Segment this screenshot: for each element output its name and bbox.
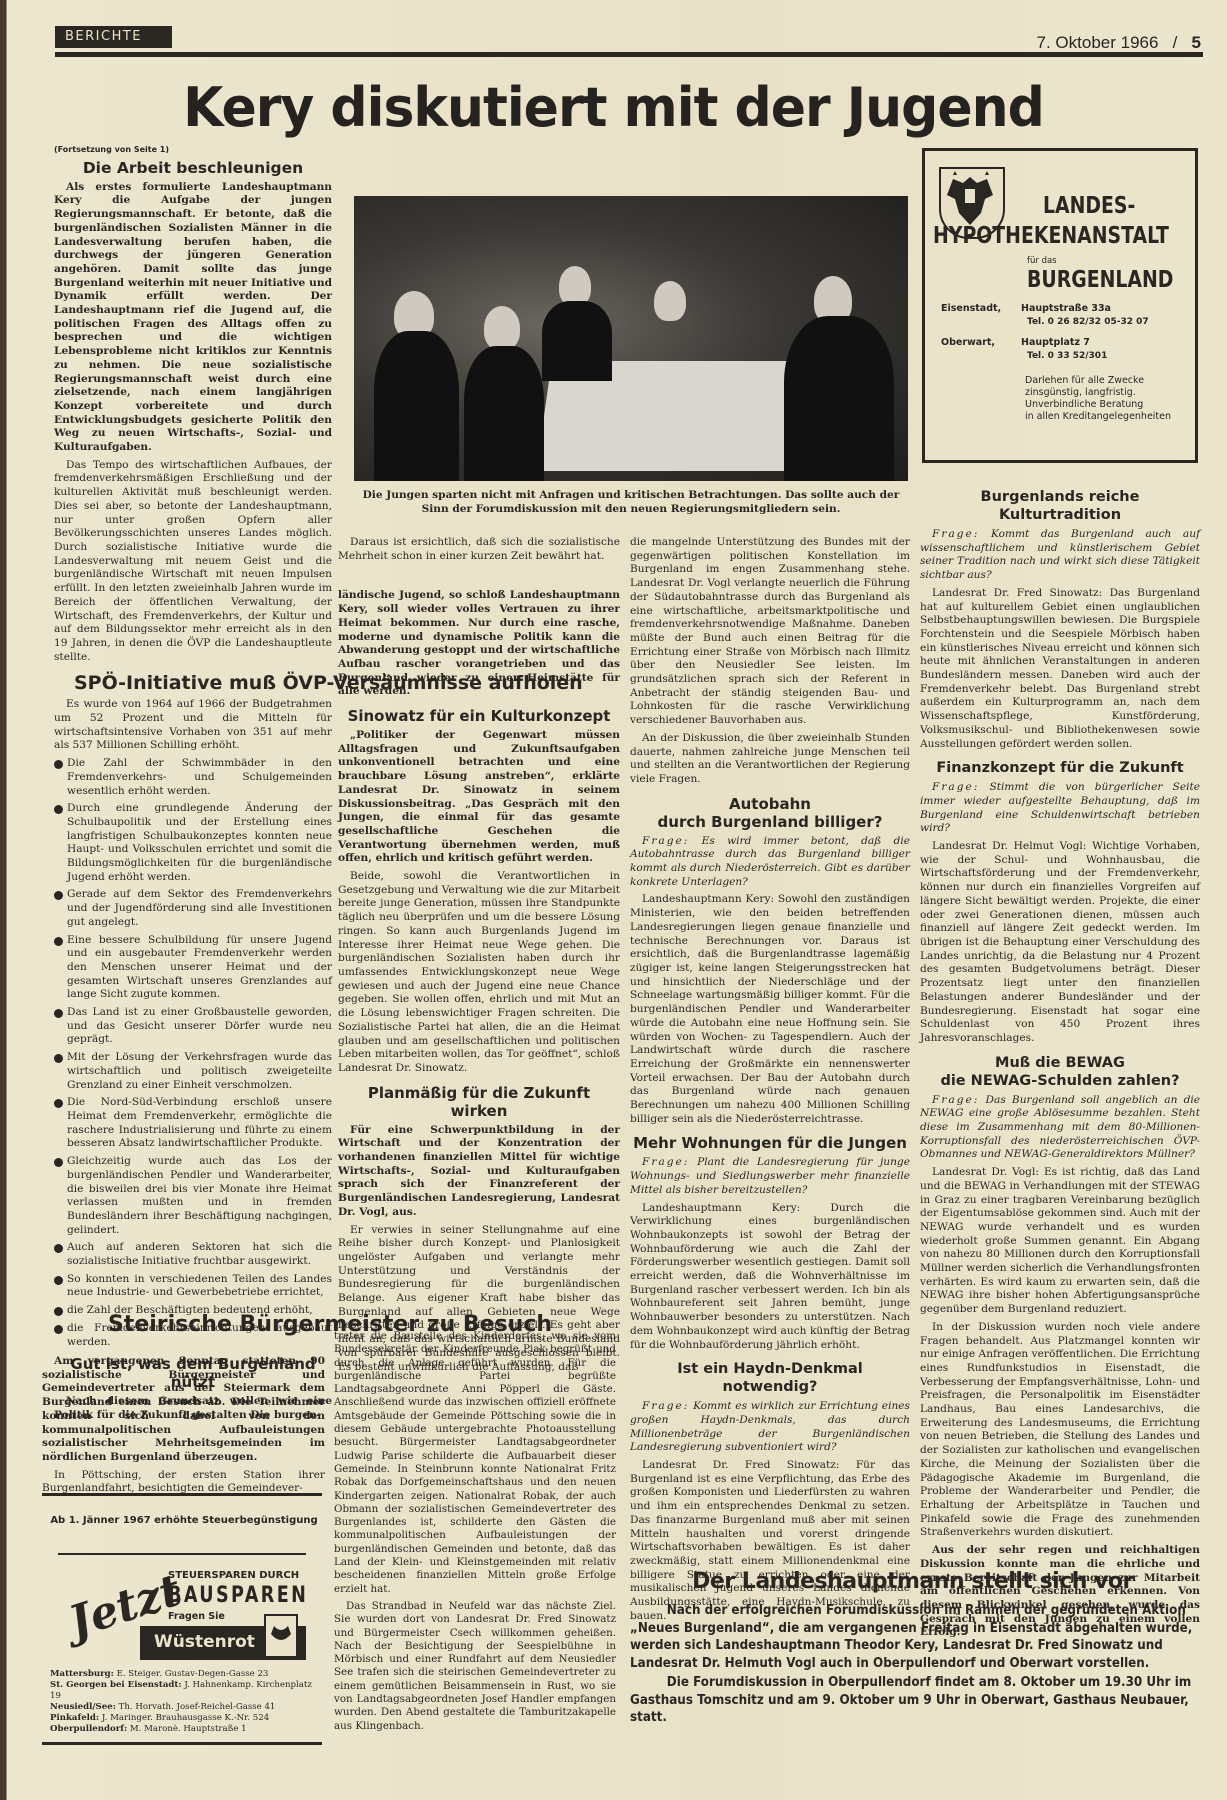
bullet-item: So konnten in verschiedenen Teilen des L… bbox=[54, 1273, 332, 1300]
agent-list: Mattersburg: E. Steiger. Gustav-Degen-Ga… bbox=[50, 1669, 325, 1735]
bullet-item: Durch eine grundlegende Änderung der Sch… bbox=[54, 802, 332, 884]
agent-detail: J. Maringer. Brauhausgasse K.-Nr. 524 bbox=[102, 1713, 269, 1723]
office-eisenstadt: Eisenstadt, bbox=[941, 303, 1001, 314]
header-rule bbox=[55, 52, 1203, 57]
subheading-autobahn-2: durch Burgenland billiger? bbox=[630, 813, 910, 831]
column-3: die mangelnde Unterstützung des Bundes m… bbox=[630, 536, 910, 1628]
column-2: Daraus ist ersichtlich, daß sich die soz… bbox=[338, 536, 620, 1378]
ad-fuer-das: für das bbox=[1027, 255, 1057, 267]
subheading-wohnungen: Mehr Wohnungen für die Jungen bbox=[630, 1134, 910, 1152]
section-label: BERICHTE bbox=[55, 26, 172, 48]
agent-row: Mattersburg: E. Steiger. Gustav-Degen-Ga… bbox=[50, 1669, 325, 1680]
bullet-item: Gerade auf dem Sektor des Fremdenverkehr… bbox=[54, 888, 332, 929]
phone-eisenstadt: Tel. 0 26 82/32 05-32 07 bbox=[1027, 317, 1149, 327]
ad-rule bbox=[42, 1493, 322, 1496]
photo-figure bbox=[374, 331, 459, 481]
ad-title-hypothekenanstalt: HYPOTHEKENANSTALT bbox=[933, 223, 1169, 249]
steirische-column-1: Am vergangenen Sonntag statteten 90 sozi… bbox=[42, 1355, 325, 1500]
agent-place: Neusiedl/See: bbox=[50, 1702, 116, 1712]
bullet-item: Auch auf anderen Sektoren hat sich die s… bbox=[54, 1241, 332, 1268]
subheading-finanzkonzept: Finanzkonzept für die Zukunft bbox=[920, 759, 1200, 777]
main-headline: Kery diskutiert mit der Jugend bbox=[0, 77, 1227, 140]
bullet-item: Das Land ist zu einer Großbaustelle gewo… bbox=[54, 1006, 332, 1047]
frage-label: Frage: bbox=[642, 1400, 689, 1412]
answer: Es ist richtig, daß das Land und die BEW… bbox=[920, 1166, 1200, 1315]
agent-detail: Th. Horvath. Josef-Reichel-Gasse 41 bbox=[119, 1702, 276, 1712]
steirische-column-2: treter die Baustelle des Kinderdorfes, w… bbox=[334, 1330, 616, 1737]
ad-rule bbox=[42, 1742, 322, 1745]
agent-detail: E. Steiger. Gustav-Degen-Gasse 23 bbox=[117, 1669, 269, 1679]
steuer-headline: Ab 1. Jänner 1967 erhöhte Steuerbegünsti… bbox=[44, 1515, 324, 1526]
dateline: 7. Oktober 1966 / 5 bbox=[1037, 33, 1201, 53]
column-4: Burgenlands reiche Kulturtradition Frage… bbox=[920, 484, 1200, 1644]
ad-note-line: in allen Kreditangelegenheiten bbox=[1025, 411, 1171, 423]
bullet-item: Die Zahl der Schwimmbäder in den Fremden… bbox=[54, 757, 332, 798]
paragraph: ländische Jugend, so schloß Landeshauptm… bbox=[338, 589, 620, 699]
ad-note-line: Unverbindliche Beratung bbox=[1025, 399, 1171, 411]
bullet-item: Gleichzeitig wurde auch das Los der burg… bbox=[54, 1155, 332, 1237]
frage-label: Frage: bbox=[932, 1094, 979, 1106]
subheading-haydn: Ist ein Haydn-Denkmal notwendig? bbox=[630, 1360, 910, 1396]
speaker: Landeshauptmann Kery: bbox=[642, 1202, 800, 1214]
subheading-planmaessig: Planmäßig für die Zukunft wirken bbox=[338, 1084, 620, 1120]
lead-paragraph: Als erstes formulierte Landeshauptmann K… bbox=[54, 181, 332, 455]
ad-note-line: zinsgünstig, langfristig. bbox=[1025, 387, 1171, 399]
photo-face bbox=[654, 281, 686, 321]
paragraph: treter die Baustelle des Kinderdorfes, w… bbox=[334, 1330, 616, 1596]
ad-line-bausparen: BAUSPAREN bbox=[168, 1583, 308, 1608]
paragraph: Am vergangenen Sonntag statteten 90 sozi… bbox=[42, 1355, 325, 1465]
photo-figure bbox=[542, 301, 612, 381]
paragraph: Es wurde von 1964 auf 1966 der Budgetrah… bbox=[54, 698, 332, 753]
date-separator: / bbox=[1173, 33, 1178, 52]
speaker: Landesrat Dr. Helmut Vogl: bbox=[932, 840, 1086, 852]
paragraph: Das Strandbad in Neufeld war das nächste… bbox=[334, 1600, 616, 1733]
issue-date: 7. Oktober 1966 bbox=[1037, 33, 1159, 52]
answer: Sowohl den zuständigen Ministerien, wie … bbox=[630, 893, 910, 1124]
speaker: Landesrat Dr. Fred Sinowatz: bbox=[932, 587, 1102, 599]
answer: Durch die Verwirklichung eines burgenlän… bbox=[630, 1202, 910, 1351]
photo-face bbox=[484, 306, 520, 350]
frage-label: Frage: bbox=[932, 528, 979, 540]
office-oberwart: Oberwart, bbox=[941, 337, 995, 348]
subheading-bewag-2: die NEWAG-Schulden zahlen? bbox=[920, 1072, 1200, 1090]
paragraph: Das Tempo des wirtschaftlichen Aufbaues,… bbox=[54, 459, 332, 665]
subheading-spoe-initiative: SPÖ-Initiative muß ÖVP-Versäumnisse aufh… bbox=[74, 674, 332, 692]
ad-title-burgenland: BURGENLAND bbox=[1027, 267, 1173, 293]
speaker: Landeshauptmann Kery: bbox=[642, 893, 774, 905]
photo-caption: Die Jungen sparten nicht mit Anfragen un… bbox=[348, 488, 914, 516]
agent-place: Pinkafeld: bbox=[50, 1713, 99, 1723]
speaker: Landesrat Dr. Fred Sinowatz: bbox=[642, 1459, 839, 1471]
agent-row: Oberpullendorf: M. Maronè. Hauptstraße 1 bbox=[50, 1724, 325, 1735]
agent-row: Neusiedl/See: Th. Horvath. Josef-Reichel… bbox=[50, 1702, 325, 1713]
ad-rule bbox=[58, 1553, 306, 1555]
subheading-kulturtradition: Burgenlands reiche Kulturtradition bbox=[920, 488, 1200, 524]
wuestenrot-ad: Jetzt STEUERSPAREN DURCH BAUSPAREN Frage… bbox=[40, 1573, 325, 1713]
answer: Das Burgenland hat auf kulturellem Gebie… bbox=[920, 587, 1200, 750]
photo-figure bbox=[784, 316, 894, 481]
heading-spacer bbox=[338, 567, 620, 589]
page-number: 5 bbox=[1192, 33, 1201, 52]
continuation-note: (Fortsetzung von Seite 1) bbox=[54, 143, 332, 157]
bullet-list: Die Zahl der Schwimmbäder in den Fremden… bbox=[54, 757, 332, 1349]
brand-name: Wüstenrot bbox=[154, 1632, 255, 1652]
frage-label: Frage: bbox=[932, 781, 979, 793]
subheading-sinowatz: Sinowatz für ein Kulturkonzept bbox=[338, 707, 620, 725]
wuestenrot-logo-icon bbox=[264, 1614, 298, 1658]
agent-detail: M. Maronè. Hauptstraße 1 bbox=[130, 1724, 247, 1734]
answer: Wichtige Vorhaben, wie der Schul- und Wo… bbox=[920, 840, 1200, 1044]
paragraph: Daraus ist ersichtlich, daß sich die soz… bbox=[338, 536, 620, 563]
subheading-arbeit: Die Arbeit beschleunigen bbox=[54, 159, 332, 177]
ad-title-landes: LANDES- bbox=[1043, 193, 1135, 219]
notice-paragraph: Nach der erfolgreichen Forumdiskussion i… bbox=[630, 1602, 1200, 1672]
agent-place: Mattersburg: bbox=[50, 1669, 114, 1679]
agent-row: St. Georgen bei Eisenstadt: J. Hahnenkam… bbox=[50, 1680, 325, 1702]
notice-headline: Der Landeshauptmann stellt sich vor bbox=[620, 1569, 1205, 1594]
paragraph: Beide, sowohl die Verantwortlichen in Ge… bbox=[338, 870, 620, 1076]
notice-paragraph: Die Forumdiskussion in Oberpullendorf fi… bbox=[630, 1674, 1200, 1727]
paragraph: An der Diskussion, die über zweieinhalb … bbox=[630, 732, 910, 787]
phone-oberwart: Tel. 0 33 52/301 bbox=[1027, 351, 1107, 361]
bullet-item: Eine bessere Schulbildung für unsere Jug… bbox=[54, 934, 332, 1003]
paragraph: die mangelnde Unterstützung des Bundes m… bbox=[630, 536, 910, 728]
address-oberwart: Hauptplatz 7 bbox=[1021, 337, 1090, 348]
paragraph: „Politiker der Gegenwart müssen Alltagsf… bbox=[338, 729, 620, 866]
photo-figure bbox=[464, 346, 544, 481]
subheading-bewag-1: Muß die BEWAG bbox=[920, 1054, 1200, 1072]
landeshauptmann-notice: Der Landeshauptmann stellt sich vor Nach… bbox=[620, 1565, 1205, 1727]
paragraph: Für eine Schwerpunktbildung in der Wirts… bbox=[338, 1124, 620, 1220]
discussion-photo bbox=[354, 196, 908, 481]
newspaper-page: BERICHTE 7. Oktober 1966 / 5 Kery diskut… bbox=[0, 0, 1227, 1800]
ad-note: Darlehen für alle Zwecke zinsgünstig, la… bbox=[1025, 375, 1171, 423]
paragraph: In Pöttsching, der ersten Station ihrer … bbox=[42, 1469, 325, 1496]
address-eisenstadt: Hauptstraße 33a bbox=[1021, 303, 1111, 314]
frage-label: Frage: bbox=[642, 835, 689, 847]
agent-place: St. Georgen bei Eisenstadt: bbox=[50, 1680, 182, 1690]
bullet-item: Mit der Lösung der Verkehrsfragen wurde … bbox=[54, 1051, 332, 1092]
speaker: Landesrat Dr. Vogl: bbox=[932, 1166, 1039, 1178]
ad-note-line: Darlehen für alle Zwecke bbox=[1025, 375, 1171, 387]
ad-line-fragen: Fragen Sie bbox=[168, 1611, 225, 1622]
photo-face bbox=[559, 266, 591, 306]
column-1: (Fortsetzung von Seite 1) Die Arbeit bes… bbox=[54, 143, 332, 1427]
hypothekenanstalt-ad: LANDES- HYPOTHEKENANSTALT für das BURGEN… bbox=[922, 148, 1198, 463]
ad-line-steuersparen: STEUERSPAREN DURCH bbox=[168, 1570, 299, 1581]
frage-label: Frage: bbox=[642, 1156, 689, 1168]
paragraph: In der Diskussion wurden noch viele ande… bbox=[920, 1321, 1200, 1540]
agent-row: Pinkafeld: J. Maringer. Brauhausgasse K.… bbox=[50, 1713, 325, 1724]
brand-banner: Wüstenrot bbox=[140, 1626, 306, 1660]
subheading-autobahn-1: Autobahn bbox=[630, 795, 910, 813]
agent-place: Oberpullendorf: bbox=[50, 1724, 127, 1734]
bullet-item: Die Nord-Süd-Verbindung erschloß unsere … bbox=[54, 1096, 332, 1151]
